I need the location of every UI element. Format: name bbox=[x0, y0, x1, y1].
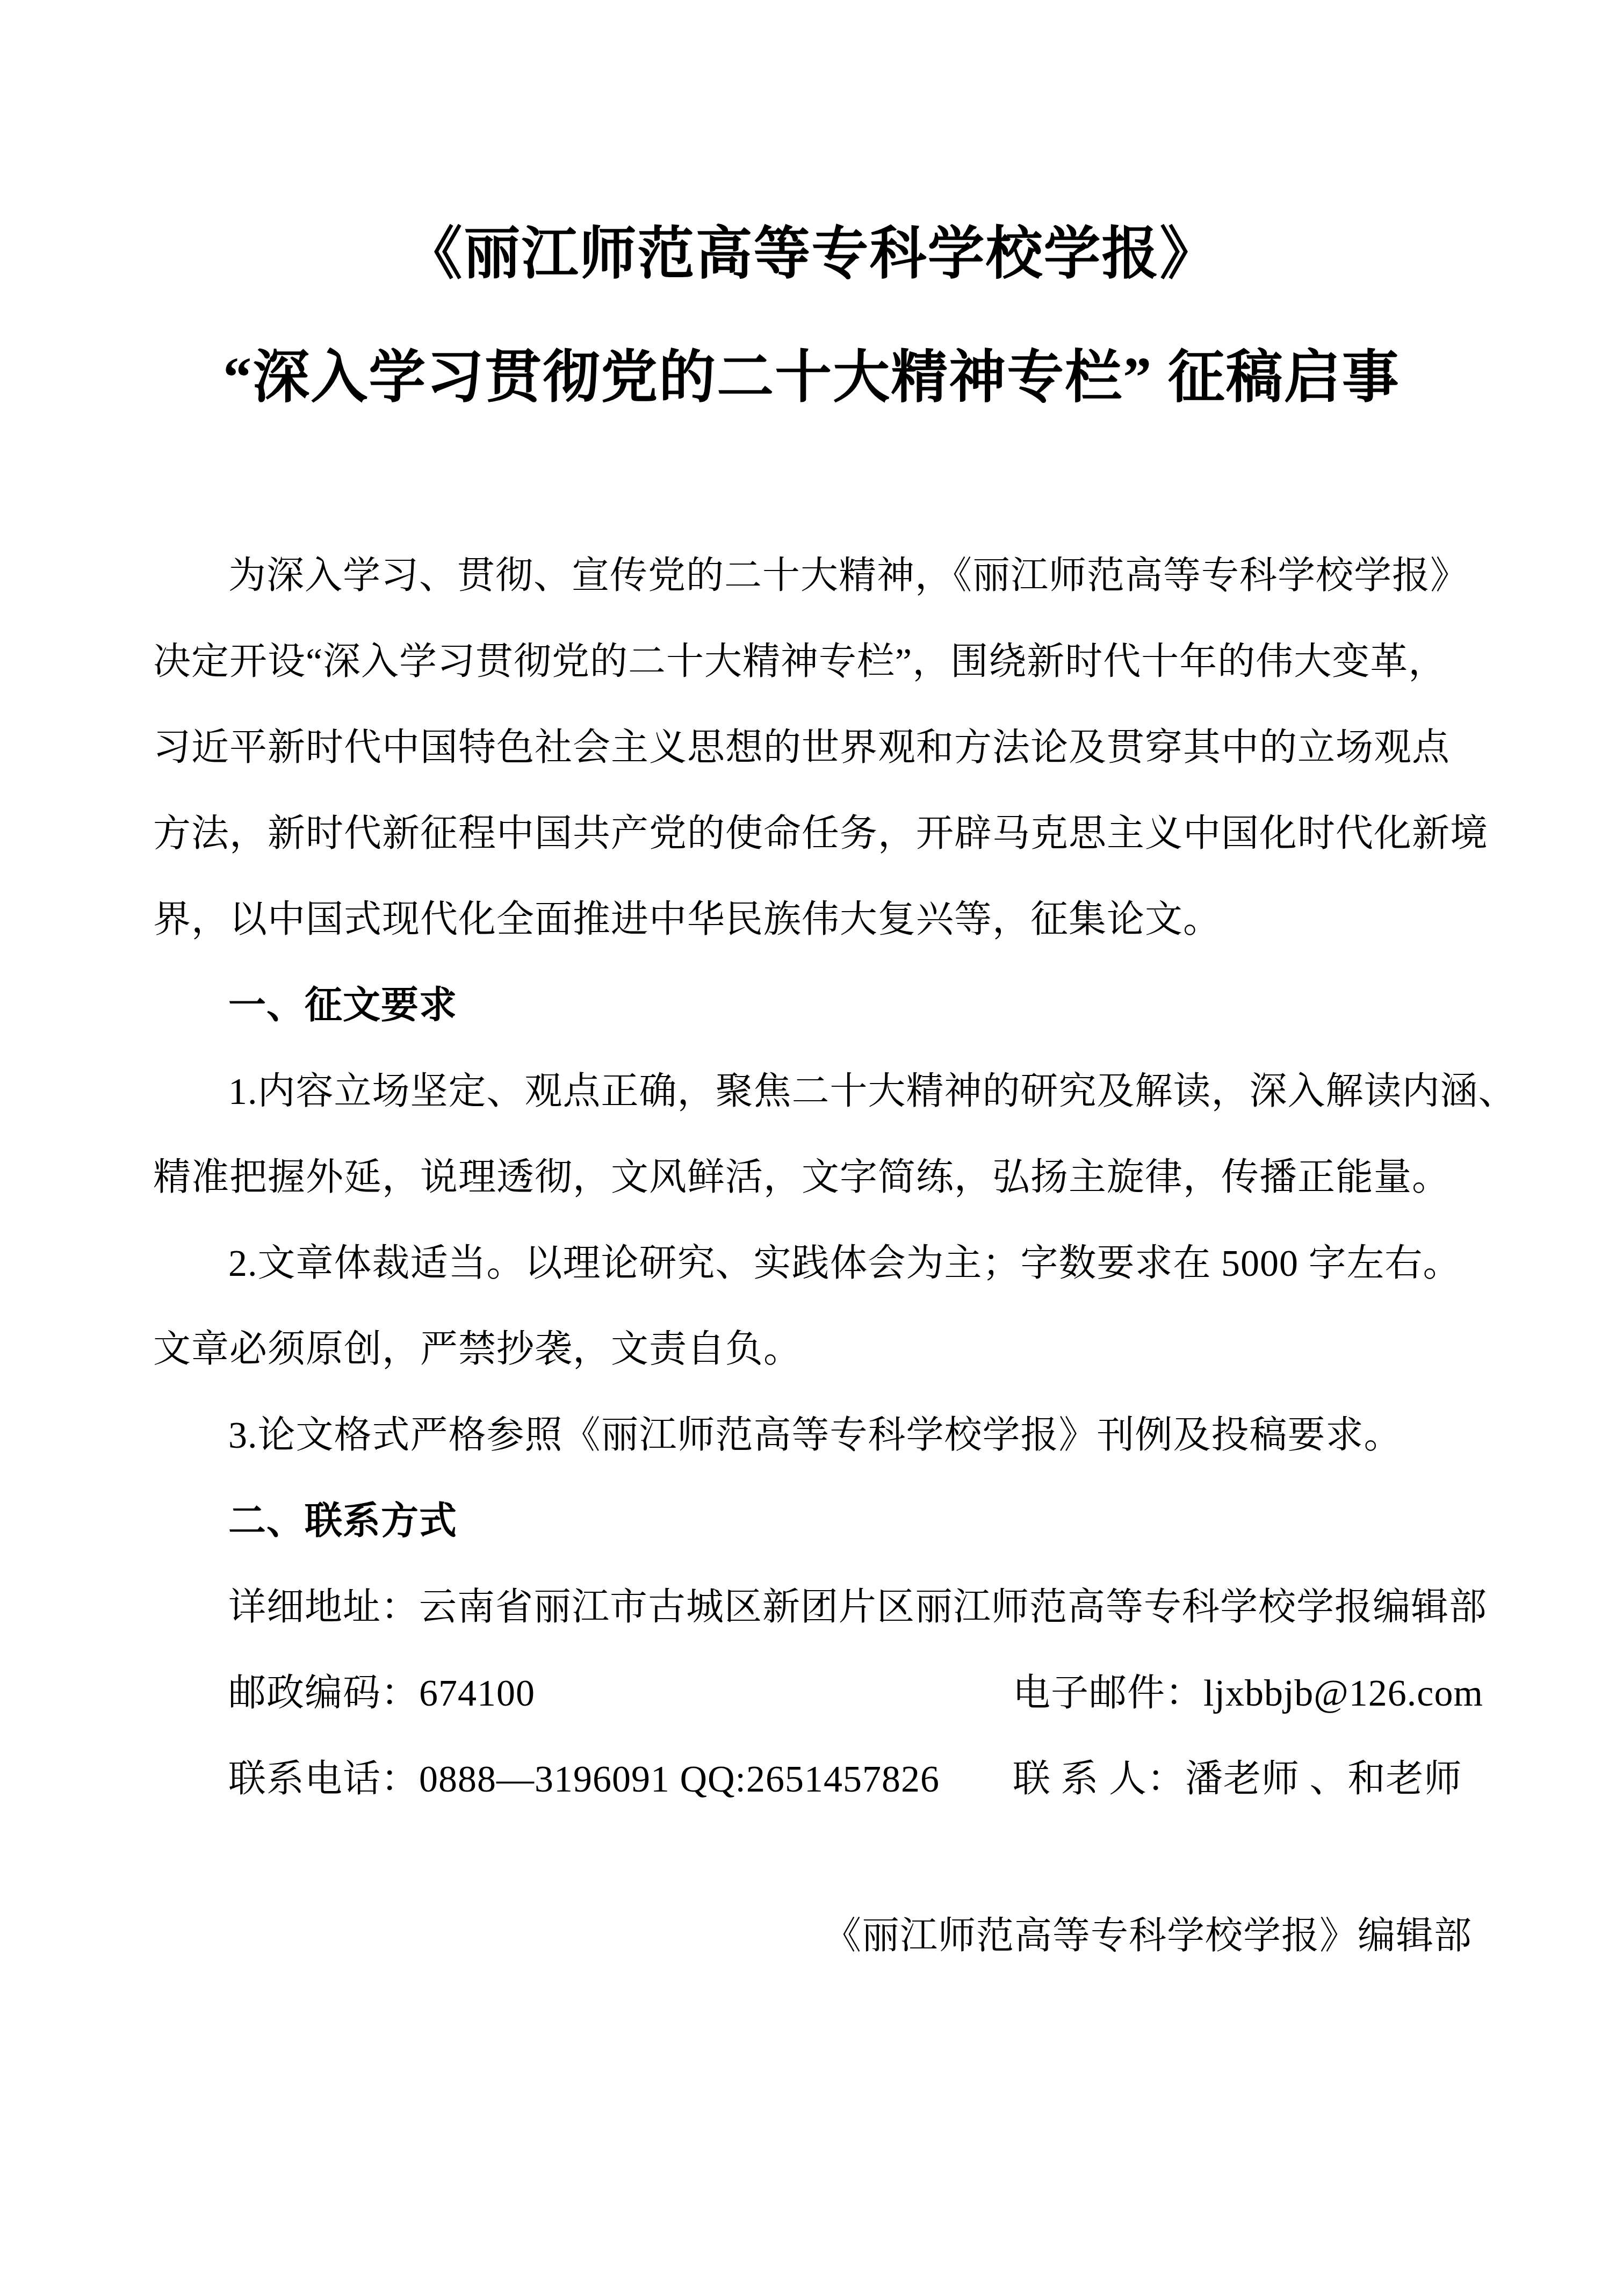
contact-phone: 联系电话：0888—3196091 QQ:2651457826 bbox=[228, 1761, 940, 1799]
contact-address: 详细地址：云南省丽江市古城区新团片区丽江师范高等专科学校学报编辑部 bbox=[228, 1589, 1487, 1627]
contact-postal-code: 邮政编码：674100 bbox=[228, 1675, 535, 1713]
intro-line-3: 习近平新时代中国特色社会主义思想的世界观和方法论及贯穿其中的立场观点 bbox=[153, 730, 1450, 767]
requirement-item-1-line-2: 精准把握外延，说理透彻，文风鲜活，文字简练，弘扬主旋律，传播正能量。 bbox=[153, 1159, 1450, 1197]
document-title-line-1: 《丽江师范高等专科学校学报》 bbox=[0, 226, 1623, 283]
signature-editorial-department: 《丽江师范高等专科学校学报》编辑部 bbox=[153, 1918, 1472, 1955]
contact-email: 电子邮件：ljxbbjb@126.com bbox=[1013, 1675, 1483, 1713]
requirement-item-2-line-1: 2.文章体裁适当。以理论研究、实践体会为主；字数要求在 5000 字左右。 bbox=[228, 1245, 1461, 1283]
intro-line-2: 决定开设“深入学习贯彻党的二十大精神专栏”，围绕新时代十年的伟大变革， bbox=[153, 644, 1446, 681]
section-contact-heading: 二、联系方式 bbox=[228, 1503, 457, 1541]
intro-line-5: 界，以中国式现代化全面推进中华民族伟大复兴等，征集论文。 bbox=[153, 901, 1221, 939]
document-title-line-2: “深入学习贯彻党的二十大精神专栏” 征稿启事 bbox=[0, 349, 1623, 406]
contact-person: 联 系 人：潘老师 、和老师 bbox=[1013, 1761, 1462, 1799]
requirement-item-3: 3.论文格式严格参照《丽江师范高等专科学校学报》刊例及投稿要求。 bbox=[228, 1417, 1402, 1455]
requirement-item-2-line-2: 文章必须原创，严禁抄袭，文责自负。 bbox=[153, 1331, 802, 1369]
intro-line-4: 方法，新时代新征程中国共产党的使命任务，开辟马克思主义中国化时代化新境 bbox=[153, 815, 1488, 853]
section-requirements-heading: 一、征文要求 bbox=[228, 987, 457, 1025]
document-page: 《丽江师范高等专科学校学报》 “深入学习贯彻党的二十大精神专栏” 征稿启事 为深… bbox=[0, 0, 1623, 2296]
intro-line-1: 为深入学习、贯彻、宣传党的二十大精神，《丽江师范高等专科学校学报》 bbox=[228, 558, 1468, 595]
requirement-item-1-line-1: 1.内容立场坚定、观点正确，聚焦二十大精神的研究及解读，深入解读内涵、 bbox=[228, 1073, 1517, 1111]
